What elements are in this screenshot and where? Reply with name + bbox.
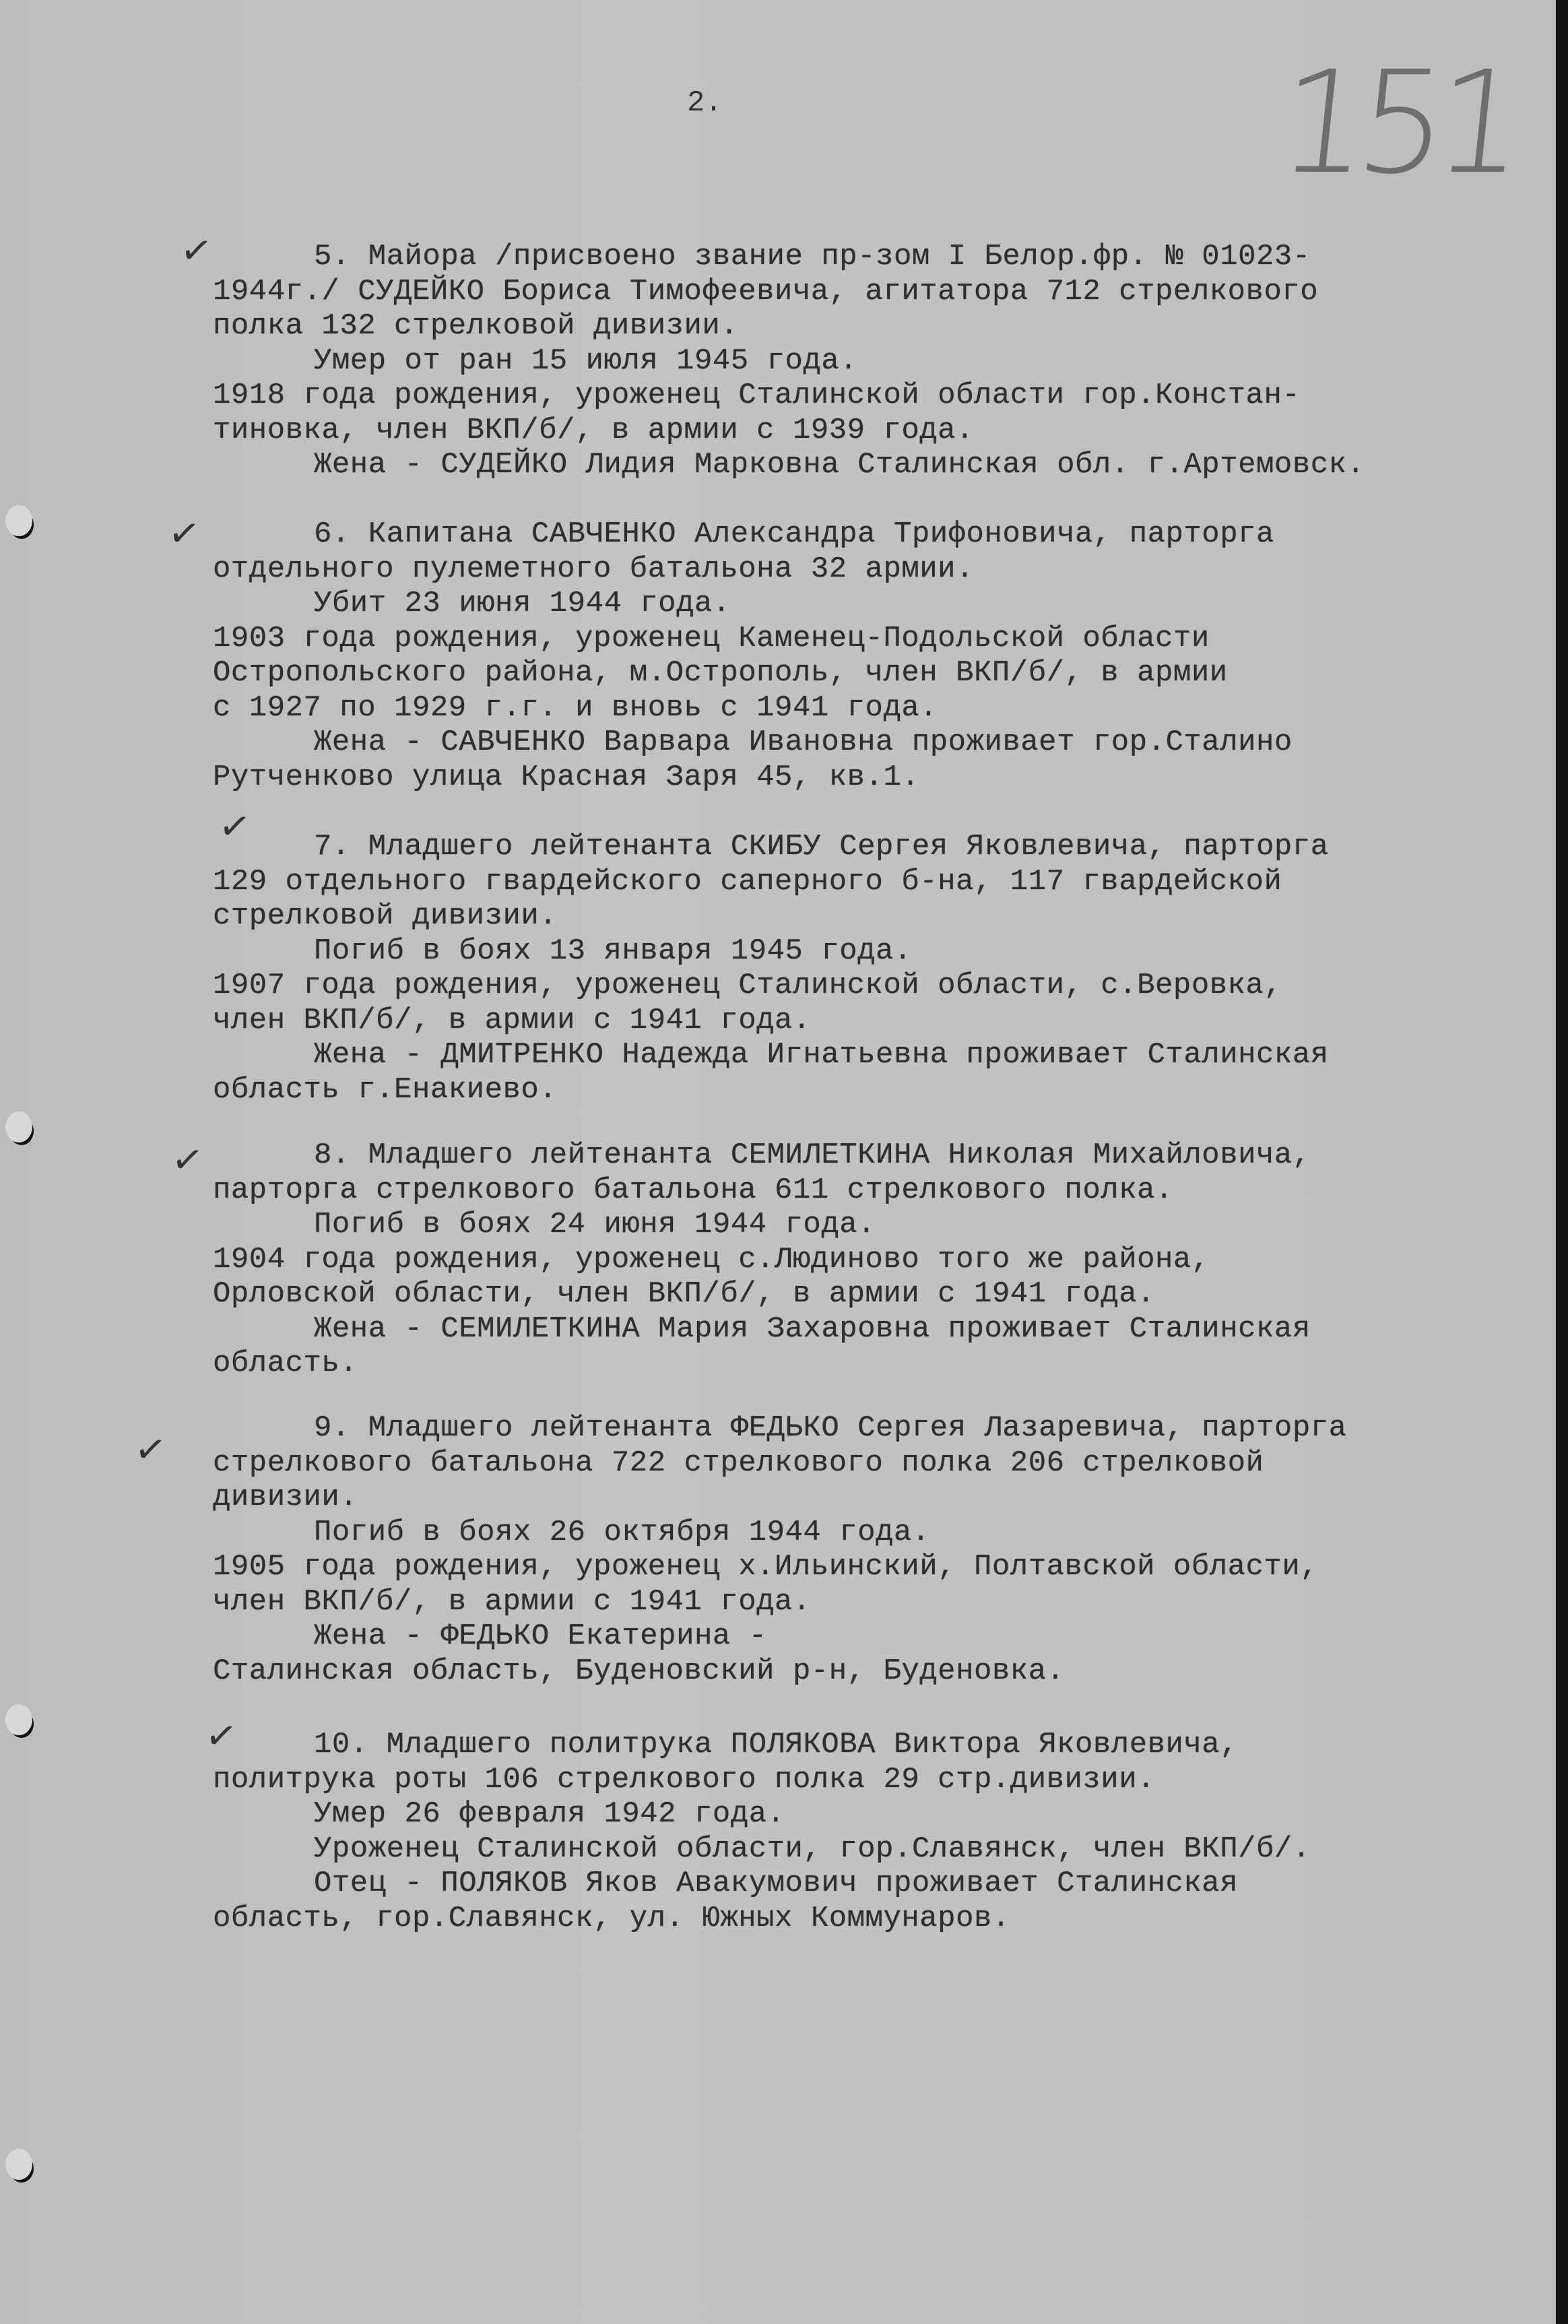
entry-7: 7. Младшего лейтенанта СКИБУ Сергея Яков… xyxy=(213,830,1546,1107)
checkmark-icon: ✓ xyxy=(132,1426,170,1474)
typed-line: 5. Майора /присвоено звание пр-зом I Бел… xyxy=(213,240,1546,275)
typed-line: полка 132 стрелковой дивизии. xyxy=(213,309,1546,344)
typed-line: Убит 23 июня 1944 года. xyxy=(213,587,1546,622)
typed-line: стрелковой дивизии. xyxy=(213,899,1546,934)
typed-line: Погиб в боях 26 октября 1944 года. xyxy=(213,1516,1546,1551)
checkmark-icon: ✓ xyxy=(178,227,216,275)
typed-line: область, гор.Славянск, ул. Южных Коммуна… xyxy=(213,1902,1546,1937)
typed-line: Погиб в боях 13 января 1945 года. xyxy=(213,934,1546,969)
checkmark-icon: ✓ xyxy=(169,1136,207,1184)
typed-line: с 1927 по 1929 г.г. и вновь с 1941 года. xyxy=(213,691,1546,726)
typed-line: парторга стрелкового батальона 611 стрел… xyxy=(213,1173,1546,1208)
typed-line: 10. Младшего политрука ПОЛЯКОВА Виктора … xyxy=(213,1728,1546,1763)
punch-hole-icon xyxy=(0,1105,40,1152)
typed-line: Жена - САВЧЕНКО Варвара Ивановна прожива… xyxy=(213,725,1546,761)
typed-line: область г.Енакиево. xyxy=(213,1073,1546,1108)
typed-line: 129 отдельного гвардейского саперного б-… xyxy=(213,865,1546,900)
typed-line: Сталинская область, Буденовский р-н, Буд… xyxy=(213,1654,1546,1689)
typed-line: 1905 года рождения, уроженец х.Ильинский… xyxy=(213,1550,1546,1585)
document-page: 2. 151 ✓ 5. Майора /присвоено звание пр-… xyxy=(0,0,1556,2324)
entry-6: 6. Капитана САВЧЕНКО Александра Трифонов… xyxy=(213,517,1546,795)
entry-9: 9. Младшего лейтенанта ФЕДЬКО Сергея Лаз… xyxy=(213,1411,1546,1689)
typed-line: Жена - ДМИТРЕНКО Надежда Игнатьевна прож… xyxy=(213,1038,1546,1073)
entry-8: 8. Младшего лейтенанта СЕМИЛЕТКИНА Никол… xyxy=(213,1138,1546,1382)
scan-edge xyxy=(1556,0,1568,2324)
typed-line: 1944г./ СУДЕЙКО Бориса Тимофеевича, агит… xyxy=(213,275,1546,310)
typed-line: 1918 года рождения, уроженец Сталинской … xyxy=(213,379,1546,414)
typed-line: Умер 26 февраля 1942 года. xyxy=(213,1797,1546,1832)
typed-line: политрука роты 106 стрелкового полка 29 … xyxy=(213,1763,1546,1798)
typed-line: дивизии. xyxy=(213,1481,1546,1516)
typed-line: Остропольского района, м.Острополь, член… xyxy=(213,656,1546,691)
typed-line: 1903 года рождения, уроженец Каменец-Под… xyxy=(213,622,1546,657)
typed-line: Рутченково улица Красная Заря 45, кв.1. xyxy=(213,761,1546,796)
typed-line: 9. Младшего лейтенанта ФЕДЬКО Сергея Лаз… xyxy=(213,1411,1546,1446)
typed-line: Погиб в боях 24 июня 1944 года. xyxy=(213,1208,1546,1243)
typed-line: 1904 года рождения, уроженец с.Людиново … xyxy=(213,1243,1546,1278)
punch-hole-icon xyxy=(0,498,40,546)
typed-line: член ВКП/б/, в армии с 1941 года. xyxy=(213,1585,1546,1620)
typed-line: 7. Младшего лейтенанта СКИБУ Сергея Яков… xyxy=(213,830,1546,865)
typed-line: стрелкового батальона 722 стрелкового по… xyxy=(213,1446,1546,1481)
typed-line: Уроженец Сталинской области, гор.Славянс… xyxy=(213,1832,1546,1867)
handwritten-archive-number: 151 xyxy=(1271,40,1522,205)
typed-line: Жена - ФЕДЬКО Екатерина - xyxy=(213,1619,1546,1654)
entry-10: 10. Младшего политрука ПОЛЯКОВА Виктора … xyxy=(213,1728,1546,1936)
typed-line: Умер от ран 15 июля 1945 года. xyxy=(213,344,1546,379)
typed-line: Жена - СУДЕЙКО Лидия Марковна Сталинская… xyxy=(213,448,1546,483)
typed-line: 6. Капитана САВЧЕНКО Александра Трифонов… xyxy=(213,517,1546,552)
page-number: 2. xyxy=(687,86,723,120)
typed-line: тиновка, член ВКП/б/, в армии с 1939 год… xyxy=(213,414,1546,449)
typed-line: Отец - ПОЛЯКОВ Яков Авакумович проживает… xyxy=(213,1867,1546,1902)
typed-line: отдельного пулеметного батальона 32 арми… xyxy=(213,552,1546,587)
typed-line: член ВКП/б/, в армии с 1941 года. xyxy=(213,1004,1546,1039)
entry-5: 5. Майора /присвоено звание пр-зом I Бел… xyxy=(213,240,1546,483)
typed-line: 1907 года рождения, уроженец Сталинской … xyxy=(213,969,1546,1004)
typed-line: 8. Младшего лейтенанта СЕМИЛЕТКИНА Никол… xyxy=(213,1138,1546,1173)
checkmark-icon: ✓ xyxy=(166,510,203,558)
typed-line: область. xyxy=(213,1347,1546,1382)
typed-line: Жена - СЕМИЛЕТКИНА Мария Захаровна прожи… xyxy=(213,1312,1546,1347)
punch-hole-icon xyxy=(0,1698,40,1745)
punch-hole-icon xyxy=(0,2142,40,2189)
typed-line: Орловской области, член ВКП/б/, в армии … xyxy=(213,1277,1546,1312)
